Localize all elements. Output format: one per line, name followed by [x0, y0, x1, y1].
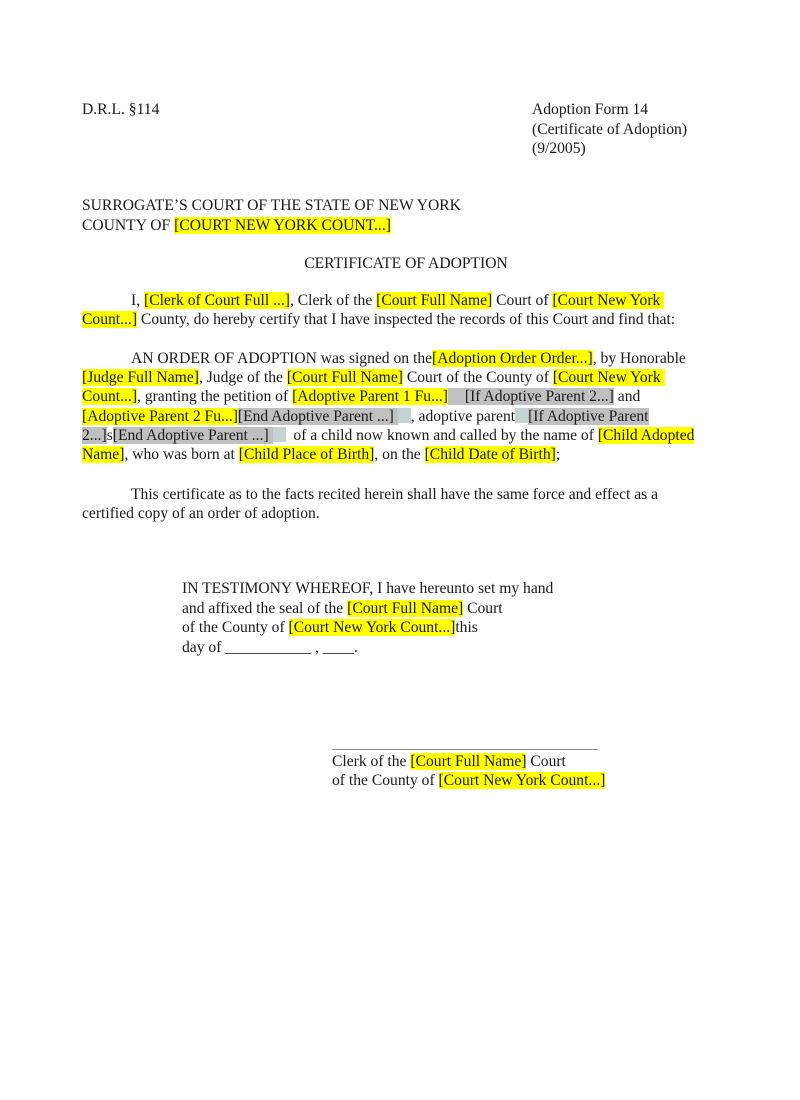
- field-child-date-of-birth[interactable]: [Child Date of Birth]: [425, 446, 556, 463]
- field-court-full-name[interactable]: [Court Full Name]: [376, 292, 492, 309]
- legal-effect-paragraph: This certificate as to the facts recited…: [82, 485, 734, 524]
- statute-reference: D.R.L. §114: [82, 100, 159, 120]
- text: , by Honorable: [593, 350, 686, 367]
- text: of the County of: [182, 619, 289, 636]
- text: s: [107, 427, 113, 444]
- court-name-line: SURROGATE’S COURT OF THE STATE OF NEW YO…: [82, 196, 461, 216]
- form-date: (9/2005): [532, 139, 586, 159]
- certification-paragraph: I, [Clerk of Court Full ...], Clerk of t…: [82, 291, 734, 330]
- field-court-ny-county[interactable]: [Court New York Count...]: [289, 619, 456, 636]
- field-adoptive-parent-1[interactable]: [Adoptive Parent 1 Fu...]: [292, 388, 448, 405]
- field-court-full-name[interactable]: [Court Full Name]: [287, 369, 403, 386]
- text: of a child now known and called by the n…: [290, 427, 598, 444]
- text: I,: [131, 292, 144, 309]
- text: , Clerk of the: [290, 292, 376, 309]
- clerk-signature-line-1: Clerk of the [Court Full Name] Court: [332, 752, 566, 772]
- text: and: [614, 388, 640, 405]
- field-judge-full-name[interactable]: [Judge Full Name]: [82, 369, 199, 386]
- text: County, do hereby certify that I have in…: [137, 311, 675, 328]
- testimony-line-3: of the County of [Court New York Count..…: [182, 618, 478, 638]
- text: Clerk of the: [332, 753, 410, 770]
- testimony-date-line[interactable]: day of ___________ , ____.: [182, 638, 358, 658]
- text: , on the: [374, 446, 424, 463]
- adoption-order-paragraph: AN ORDER OF ADOPTION was signed on the[A…: [82, 349, 734, 465]
- field-if-adoptive-parent-cont[interactable]: 2...]: [82, 427, 107, 444]
- field-end-adoptive-parent[interactable]: [End Adoptive Parent ...]: [238, 408, 394, 425]
- field-court-ny-county[interactable]: [Court New York Count...]: [439, 772, 606, 789]
- text: AN ORDER OF ADOPTION was signed on the: [131, 350, 432, 367]
- text: Court of the County of: [403, 369, 553, 386]
- field-child-place-of-birth[interactable]: [Child Place of Birth]: [239, 446, 375, 463]
- text: Court: [526, 753, 565, 770]
- field-child-adopted-name[interactable]: [Child Adopted: [598, 427, 695, 444]
- form-number: Adoption Form 14: [532, 100, 648, 120]
- field-court-ny-county-cont[interactable]: Count...]: [82, 311, 137, 328]
- field-if-adoptive-parent[interactable]: [If Adoptive Parent: [528, 408, 648, 425]
- legal-effect-line-1: This certificate as to the facts recited…: [82, 485, 734, 504]
- document-title: CERTIFICATE OF ADOPTION: [0, 254, 800, 274]
- testimony-line-2: and affixed the seal of the [Court Full …: [182, 599, 503, 619]
- field-if-adoptive-parent-2[interactable]: [If Adoptive Parent 2...]: [465, 388, 614, 405]
- field-child-adopted-name-cont[interactable]: Name]: [82, 446, 124, 463]
- conditional-marker: [515, 408, 528, 423]
- county-prefix: COUNTY OF: [82, 217, 174, 234]
- conditional-marker: [448, 388, 461, 403]
- testimony-line-1: IN TESTIMONY WHEREOF, I have hereunto se…: [182, 579, 553, 599]
- text: and affixed the seal of the: [182, 600, 347, 617]
- legal-effect-line-2: certified copy of an order of adoption.: [82, 504, 734, 523]
- field-clerk-full-name[interactable]: [Clerk of Court Full ...]: [144, 292, 290, 309]
- field-adoption-order-date[interactable]: [Adoption Order Order...]: [432, 350, 593, 367]
- field-adoptive-parent-2[interactable]: [Adoptive Parent 2 Fu...]: [82, 408, 238, 425]
- field-court-ny-county-cont[interactable]: Count...]: [82, 388, 137, 405]
- field-court-full-name[interactable]: [Court Full Name]: [347, 600, 463, 617]
- text: , Judge of the: [199, 369, 287, 386]
- field-end-adoptive-parent[interactable]: [End Adoptive Parent ...]: [113, 427, 269, 444]
- clerk-signature-line-2: of the County of [Court New York Count..…: [332, 771, 605, 791]
- text: Court of: [492, 292, 552, 309]
- text: , granting the petition of: [137, 388, 292, 405]
- form-subtitle: (Certificate of Adoption): [532, 120, 687, 140]
- text: ;: [556, 446, 560, 463]
- text: Court: [463, 600, 502, 617]
- field-court-ny-county[interactable]: [Court New York: [553, 369, 661, 386]
- conditional-marker: [273, 427, 286, 442]
- text: this: [455, 619, 478, 636]
- field-court-county[interactable]: [COURT NEW YORK COUNT...]: [174, 217, 391, 234]
- text: , adoptive parent: [411, 408, 515, 425]
- text: , who was born at: [124, 446, 238, 463]
- text: of the County of: [332, 772, 439, 789]
- conditional-block: [If Adoptive Parent 2...]: [448, 388, 614, 405]
- field-court-ny-county[interactable]: [Court New York: [552, 292, 660, 309]
- county-line: COUNTY OF [COURT NEW YORK COUNT...]: [82, 216, 391, 236]
- conditional-marker: [398, 408, 411, 423]
- signature-line[interactable]: [332, 749, 598, 750]
- field-court-full-name[interactable]: [Court Full Name]: [410, 753, 526, 770]
